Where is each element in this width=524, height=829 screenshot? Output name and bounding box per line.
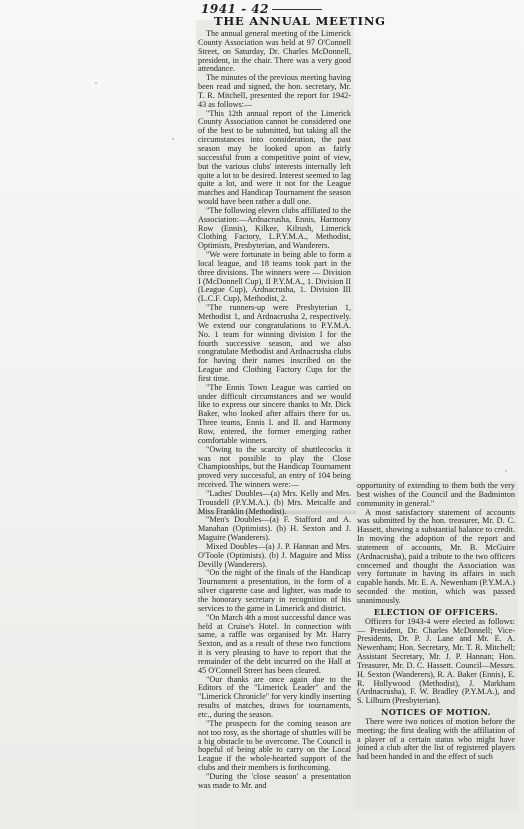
article-paragraph: "Our thanks are once again due to the Ed…: [198, 676, 351, 720]
article-paragraph: "Men's Doubles—(a) F. Stafford and A. Ma…: [198, 516, 351, 543]
column-2-paragraphs: opportunity of extending to them both th…: [357, 482, 515, 606]
article-paragraph: "The following eleven clubs affiliated t…: [198, 207, 351, 251]
article-paragraph: "This 12th annual report of the Limerick…: [198, 110, 351, 207]
article-paragraph: "Ladies' Doubles—(a) Mrs. Kelly and Mrs.…: [198, 490, 351, 517]
article-paragraph: "The runners-up were Presbyterian 1, Met…: [198, 304, 351, 384]
article-paragraph: "Owing to the scarcity of shuttlecocks i…: [198, 446, 351, 490]
article-paragraph: "On the night of the finals of the Handi…: [198, 569, 351, 613]
article-paragraph: Mixed Doubles—(a) J. P. Hannan and Mrs. …: [198, 543, 351, 570]
article-column-1: The annual general meeting of the Limeri…: [198, 30, 351, 791]
article-paragraph: The minutes of the previous meeting havi…: [198, 74, 351, 109]
article-paragraph: "We were fortunate in being able to form…: [198, 251, 351, 304]
article-paragraph: The annual general meeting of the Limeri…: [198, 30, 351, 74]
article-column-2: opportunity of extending to them both th…: [357, 482, 515, 762]
election-text: Officers for 1943-4 were elected as foll…: [357, 618, 515, 706]
paper-speck: [95, 82, 97, 84]
motions-heading: NOTICES OF MOTION.: [357, 708, 515, 717]
article-paragraph: "The prospects for the coming season are…: [198, 720, 351, 773]
motions-text: There were two notices of motion before …: [357, 718, 515, 762]
article-headline: THE ANNUAL MEETING: [214, 14, 386, 28]
election-heading: ELECTION OF OFFICERS.: [357, 608, 515, 617]
article-paragraph: "During the 'close season' a presentatio…: [198, 773, 351, 791]
scanned-page: 1941 - 42 THE ANNUAL MEETING The annual …: [0, 0, 524, 829]
article-paragraph: "On March 4th a most successful dance wa…: [198, 614, 351, 676]
article-paragraph: A most satisfactory statement of account…: [357, 509, 515, 606]
handwritten-underline: [272, 9, 322, 10]
article-paragraph: "The Ennis Town League was carried on un…: [198, 384, 351, 446]
paper-speck: [505, 470, 507, 472]
article-paragraph: opportunity of extending to them both th…: [357, 482, 515, 509]
paper-speck: [172, 138, 174, 140]
